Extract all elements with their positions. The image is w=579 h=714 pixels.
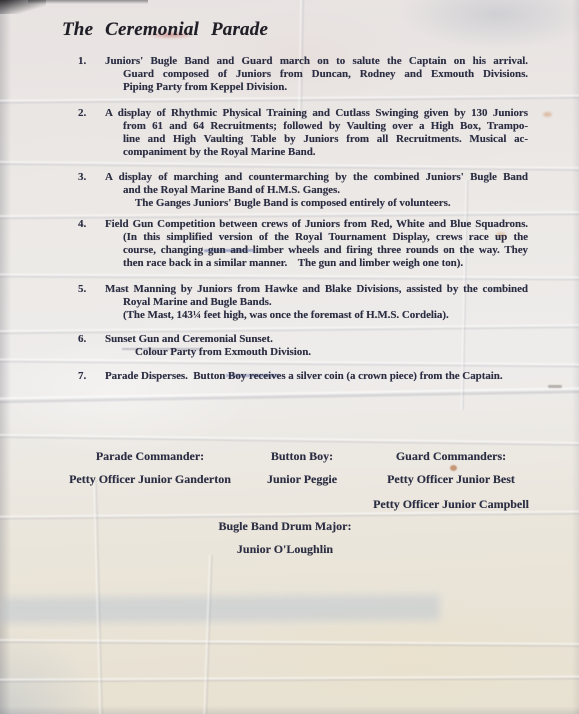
item-line: Royal Marine and Bugle Bands.: [123, 296, 528, 309]
drum-major-block: Bugle Band Drum Major: Junior O'Loughlin: [163, 520, 407, 556]
paper-discoloration: [0, 594, 440, 623]
item-line: line and High Vaulting Table by Juniors …: [123, 133, 528, 146]
scan-speck: [548, 385, 562, 388]
paper-crease: [202, 555, 214, 714]
paper-crease: [0, 433, 579, 447]
item-line: (The Mast, 143¼ feet high, was once the …: [123, 309, 528, 322]
button-boy-name: Junior Peggie: [227, 473, 377, 486]
officials-section: Parade Commander: Petty Officer Junior G…: [0, 450, 579, 570]
paper-crease: [0, 638, 579, 648]
item-number: 1.: [78, 55, 86, 68]
item-line: Guard composed of Juniors from Duncan, R…: [123, 68, 528, 81]
item-number: 6.: [78, 333, 86, 346]
item-line: companiment by the Royal Marine Band.: [123, 146, 528, 159]
item-line: then race back in a similar manner. The …: [123, 257, 528, 270]
item-line: and the Royal Marine Band of H.M.S. Gang…: [123, 184, 528, 197]
button-boy-label: Button Boy:: [227, 450, 377, 463]
item-line: Sunset Gun and Ceremonial Sunset.: [105, 333, 528, 346]
item-line: Piping Party from Keppel Division.: [123, 81, 528, 94]
program-item-4: 4. Field Gun Competition between crews o…: [105, 218, 528, 270]
item-number: 4.: [78, 218, 86, 231]
program-item-2: 2. A display of Rhythmic Physical Traini…: [105, 107, 528, 159]
item-line: Juniors' Bugle Band and Guard march on t…: [105, 55, 528, 68]
item-line: (In this simplified version of the Royal…: [123, 231, 528, 244]
program-item-6: 6. Sunset Gun and Ceremonial Sunset. Col…: [105, 333, 528, 359]
paper-stain: [543, 112, 552, 117]
item-line: The Ganges Juniors' Bugle Band is compos…: [135, 197, 528, 210]
guard-commander-name: Petty Officer Junior Best: [357, 473, 545, 486]
button-boy-block: Button Boy: Junior Peggie: [227, 450, 377, 486]
scan-edge-shadow: [0, 0, 11, 714]
item-line: Parade Disperses. Button Boy receives a …: [105, 370, 528, 383]
item-line: Field Gun Competition between crews of J…: [105, 218, 528, 231]
item-line: A display of marching and countermarchin…: [105, 171, 528, 184]
program-item-3: 3. A display of marching and countermarc…: [105, 171, 528, 210]
item-line: Mast Manning by Juniors from Hawke and B…: [105, 283, 528, 296]
item-line: Colour Party from Exmouth Division.: [135, 346, 528, 359]
paper-crease: [0, 674, 579, 683]
item-number: 3.: [78, 171, 86, 184]
guard-commander-name: Petty Officer Junior Campbell: [357, 498, 545, 511]
scan-corner-shadow: [0, 0, 46, 14]
guard-commanders-block: Guard Commanders: Petty Officer Junior B…: [357, 450, 545, 511]
item-line: A display of Rhythmic Physical Training …: [105, 107, 528, 120]
item-number: 5.: [78, 283, 86, 296]
drum-major-label: Bugle Band Drum Major:: [163, 520, 407, 533]
guard-commanders-label: Guard Commanders:: [357, 450, 545, 463]
scan-edge-shadow: [28, 0, 148, 4]
program-list: 1. Juniors' Bugle Band and Guard march o…: [105, 55, 528, 396]
page-title: The Ceremonial Parade: [62, 19, 268, 41]
item-number: 7.: [78, 370, 86, 383]
item-line: from 61 and 64 Recruitments; followed by…: [123, 120, 528, 133]
scan-edge-shadow: [572, 0, 579, 714]
scan-edge-shadow: [0, 706, 579, 714]
document-page: The Ceremonial Parade 1. Juniors' Bugle …: [0, 0, 579, 714]
item-line: course, changing gun and limber wheels a…: [123, 244, 528, 257]
program-item-1: 1. Juniors' Bugle Band and Guard march o…: [105, 55, 528, 94]
drum-major-name: Junior O'Loughlin: [163, 543, 407, 556]
program-item-5: 5. Mast Manning by Juniors from Hawke an…: [105, 283, 528, 322]
item-number: 2.: [78, 107, 86, 120]
program-item-7: 7. Parade Disperses. Button Boy receives…: [105, 370, 528, 383]
